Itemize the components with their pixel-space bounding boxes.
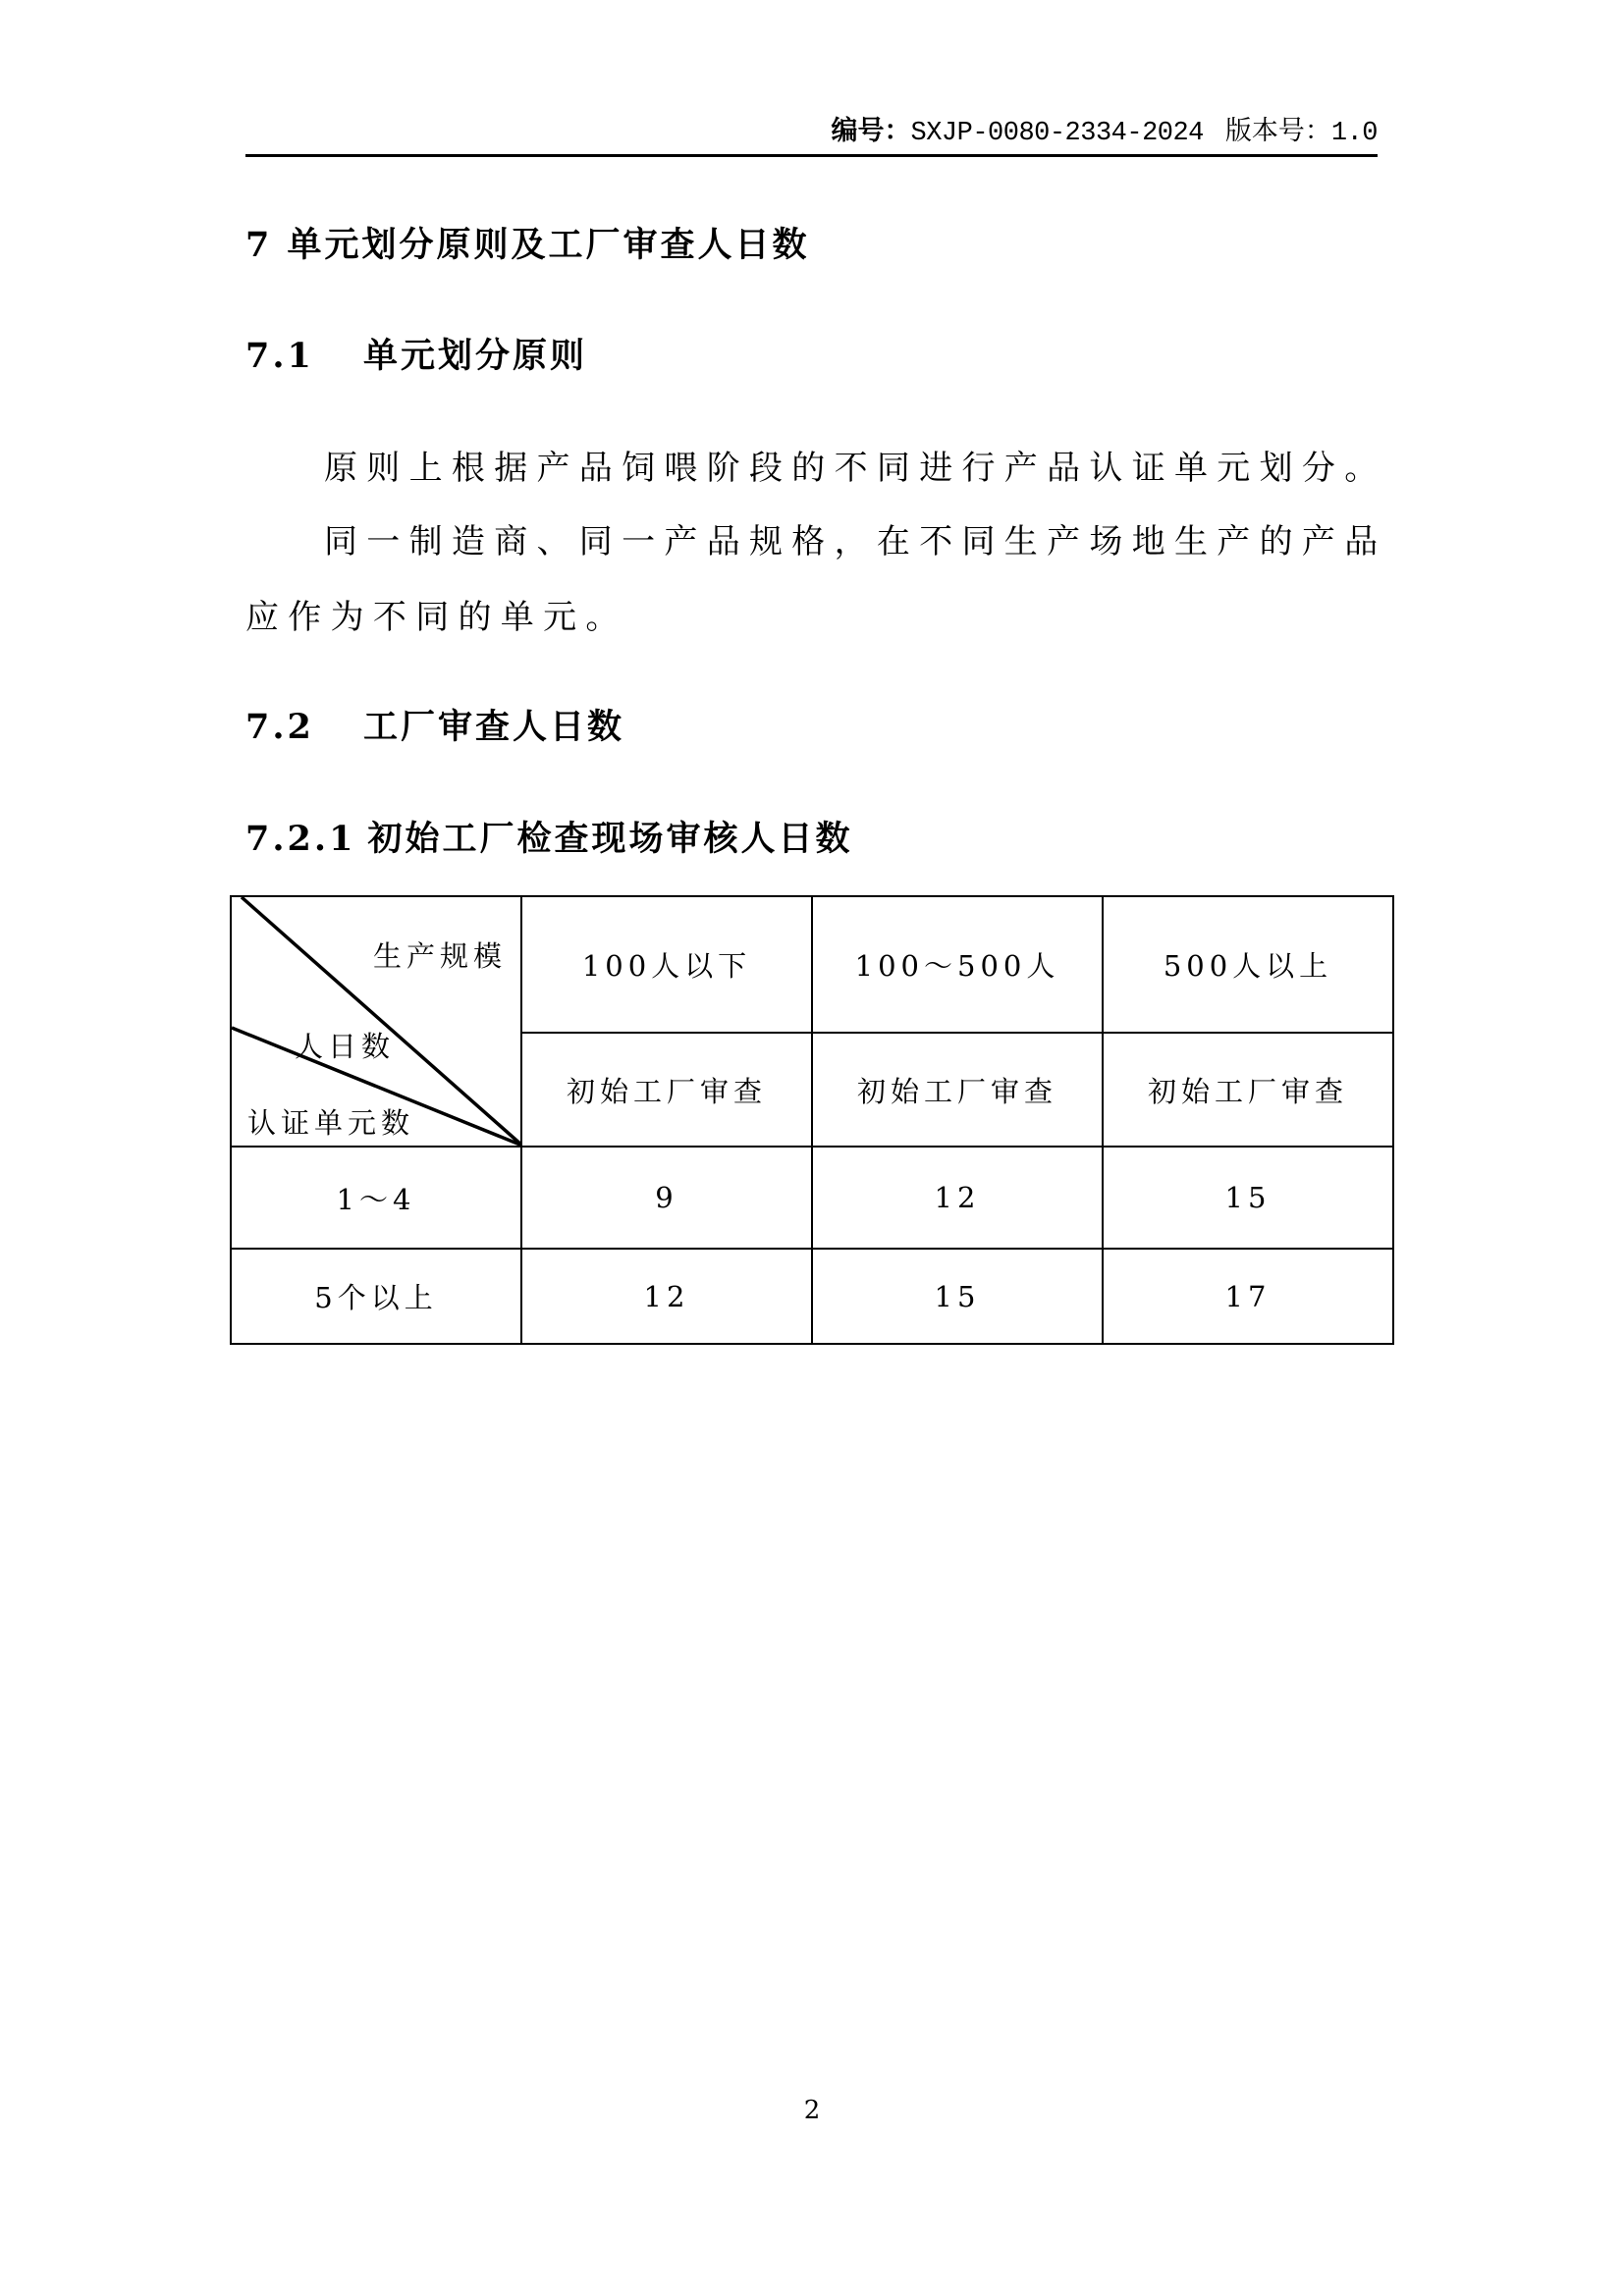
value-cell: 17 xyxy=(1103,1249,1393,1344)
section-title: 初始工厂检查现场审核人日数 xyxy=(367,819,852,859)
section-title: 单元划分原则及工厂审查人日数 xyxy=(288,225,810,265)
scale-header: 500人以上 xyxy=(1103,896,1393,1033)
section-7-2-1-heading: 7.2.1初始工厂检查现场审核人日数 xyxy=(245,818,852,861)
sub-header: 初始工厂审查 xyxy=(521,1033,812,1147)
doc-code-value: SXJP-0080-2334-2024 xyxy=(911,119,1204,148)
value-cell: 15 xyxy=(1103,1147,1393,1249)
scale-header: 100人以下 xyxy=(521,896,812,1033)
section-number: 7.2 xyxy=(245,706,363,749)
corner-label-person-days: 人日数 xyxy=(295,1025,395,1065)
paragraph-2: 同一制造商、同一产品规格，在不同生产场地生产的产品应作为不同的单元。 xyxy=(245,505,1389,656)
units-cell: 1～4 xyxy=(231,1147,521,1249)
audit-days-table: 生产规模 人日数 认证单元数 100人以下 100～500人 500人以上 初始… xyxy=(230,895,1394,1345)
section-7-1-heading: 7.1单元划分原则 xyxy=(245,335,587,378)
sub-header: 初始工厂审查 xyxy=(1103,1033,1393,1147)
section-number: 7.2.1 xyxy=(245,818,355,861)
page-number: 2 xyxy=(0,2094,1624,2127)
diagonal-corner-cell: 生产规模 人日数 认证单元数 xyxy=(231,896,521,1147)
section-number: 7 xyxy=(245,224,272,267)
section-number: 7.1 xyxy=(245,335,363,378)
paragraph-1: 原则上根据产品饲喂阶段的不同进行产品认证单元划分。 xyxy=(245,431,1389,507)
value-cell: 15 xyxy=(812,1249,1103,1344)
value-cell: 12 xyxy=(521,1249,812,1344)
corner-label-units: 认证单元数 xyxy=(247,1101,414,1142)
section-7-heading: 7 单元划分原则及工厂审查人日数 xyxy=(245,224,810,267)
value-cell: 12 xyxy=(812,1147,1103,1249)
value-cell: 9 xyxy=(521,1147,812,1249)
doc-version-value: 1.0 xyxy=(1331,119,1378,148)
header-rule xyxy=(245,154,1378,157)
table-header-row: 生产规模 人日数 认证单元数 100人以下 100～500人 500人以上 xyxy=(231,896,1393,1033)
section-title: 单元划分原则 xyxy=(363,336,587,376)
section-title: 工厂审查人日数 xyxy=(363,707,624,747)
sub-header: 初始工厂审查 xyxy=(812,1033,1103,1147)
corner-label-scale: 生产规模 xyxy=(373,934,507,975)
units-cell: 5个以上 xyxy=(231,1249,521,1344)
section-7-2-heading: 7.2工厂审查人日数 xyxy=(245,706,624,749)
document-header: 编号：SXJP-0080-2334-2024版本号：1.0 xyxy=(245,114,1378,155)
scale-header: 100～500人 xyxy=(812,896,1103,1033)
table-row: 5个以上 12 15 17 xyxy=(231,1249,1393,1344)
doc-version-label: 版本号： xyxy=(1225,116,1331,146)
table-row: 1～4 9 12 15 xyxy=(231,1147,1393,1249)
doc-code-label: 编号： xyxy=(832,116,911,146)
